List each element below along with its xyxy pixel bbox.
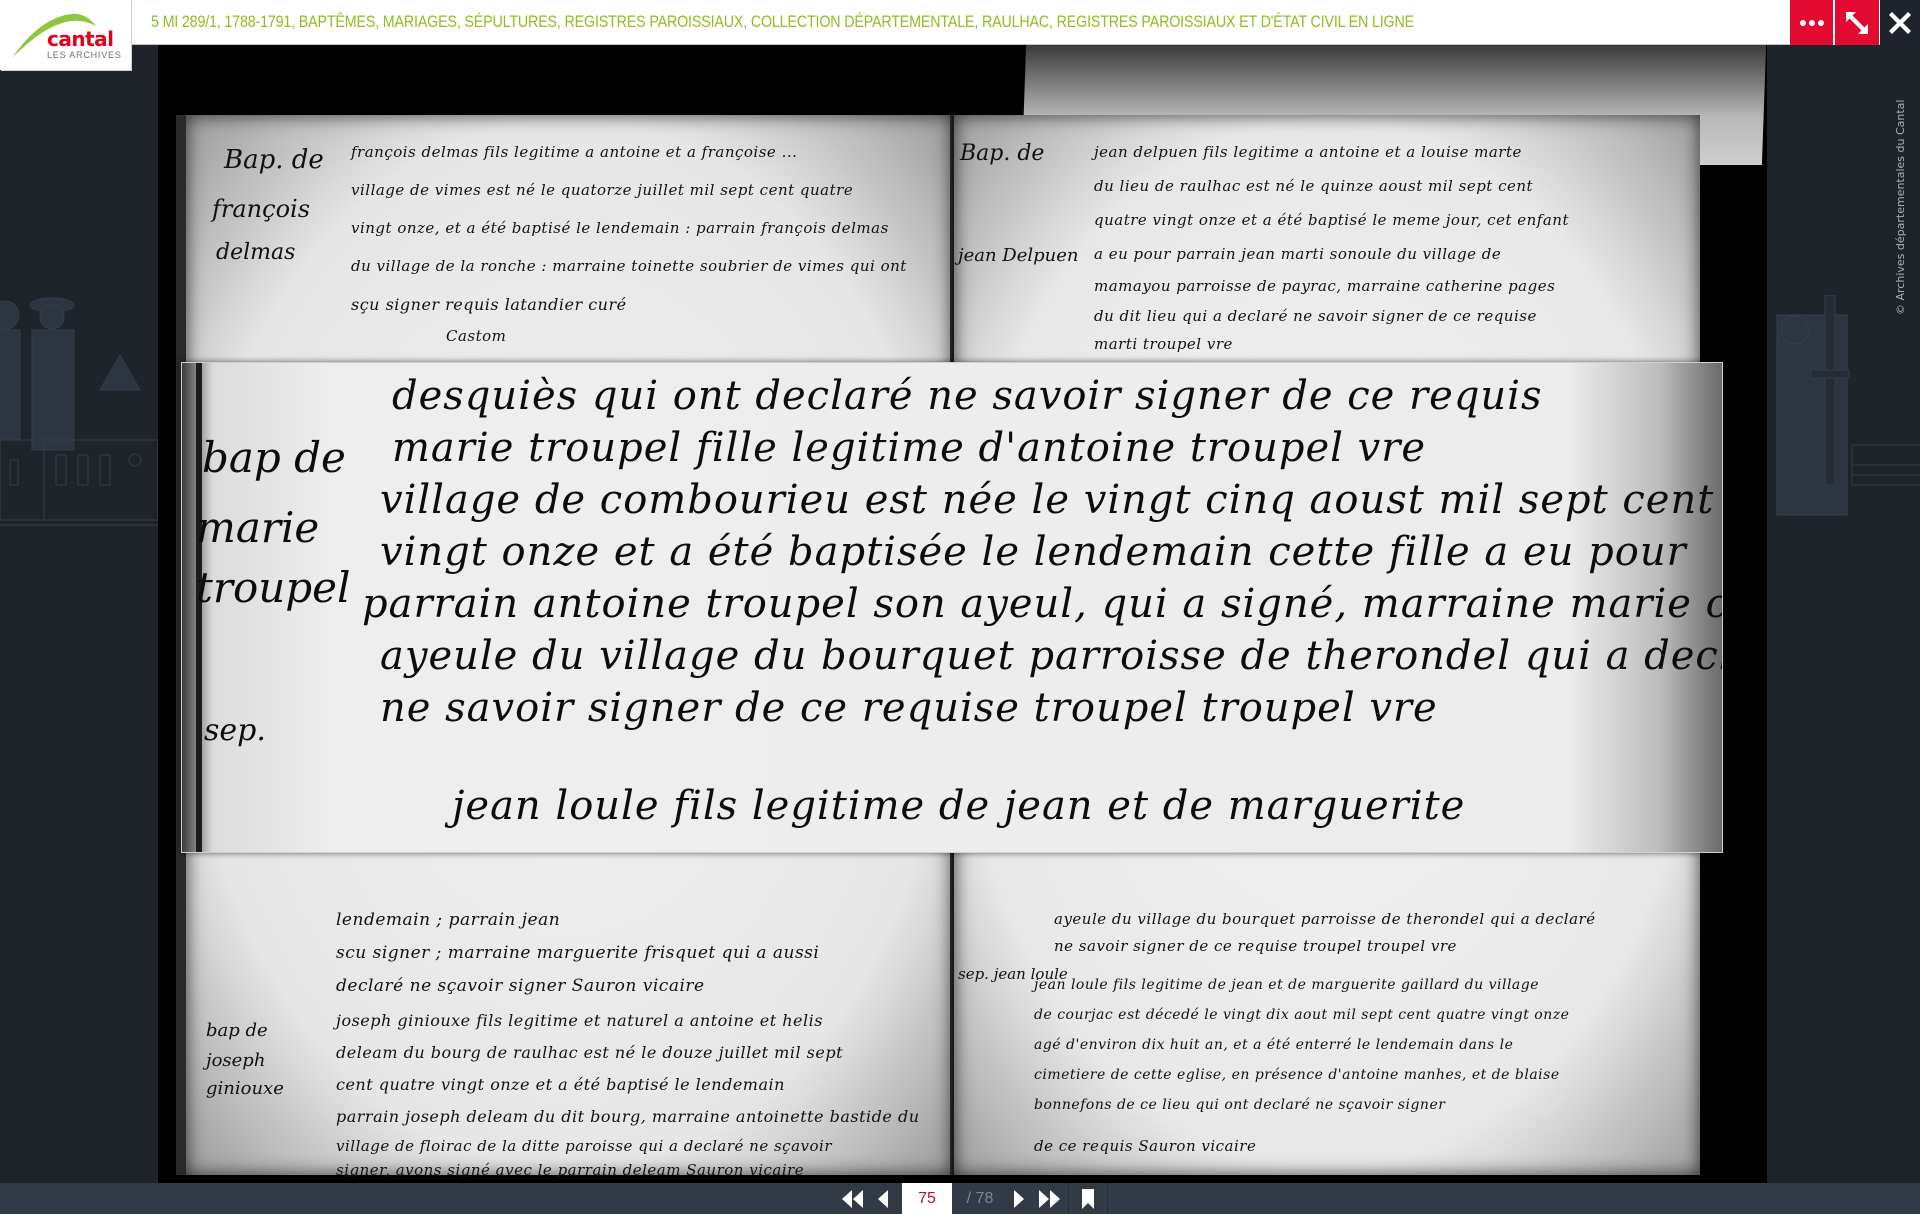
magnified-line: jean loule fils legitime de jean et de m… xyxy=(452,783,1465,829)
manuscript-line: Castom xyxy=(446,327,506,345)
page-total: / 78 xyxy=(956,1190,1004,1208)
manuscript-line: ayeule du village du bourquet parroisse … xyxy=(1054,910,1596,928)
margin-note: joseph xyxy=(206,1050,265,1071)
magnified-line: ayeule du village du bourquet parroisse … xyxy=(380,633,1723,679)
manuscript-line: a eu pour parrain jean marti sonoule du … xyxy=(1094,245,1501,263)
first-page-button[interactable] xyxy=(838,1183,868,1214)
manuscript-line: quatre vingt onze et a été baptisé le me… xyxy=(1094,211,1569,229)
manuscript-line: mamayou parroisse de payrac, marraine ca… xyxy=(1094,277,1555,295)
magnified-line: ne savoir signer de ce requise troupel t… xyxy=(380,685,1438,731)
manuscript-line: du village de la ronche : marraine toine… xyxy=(351,257,907,275)
manuscript-line: agé d'environ dix huit an, et a été ente… xyxy=(1034,1037,1513,1053)
next-page-button[interactable] xyxy=(1004,1183,1034,1214)
manuscript-line: deleam du bourg de raulhac est né le dou… xyxy=(336,1043,843,1062)
last-page-button[interactable] xyxy=(1034,1183,1064,1214)
double-chevron-left-icon xyxy=(842,1190,864,1208)
ellipsis-icon xyxy=(1800,20,1824,26)
bookmark-button[interactable] xyxy=(1073,1183,1103,1214)
magnified-line: village de combourieu est née le vingt c… xyxy=(380,477,1723,523)
page-navigation: / 78 xyxy=(838,1183,1112,1214)
expand-arrows-icon xyxy=(1844,10,1870,36)
manuscript-line: de courjac est décedé le vingt dix aout … xyxy=(1034,1007,1569,1023)
margin-note: sep. xyxy=(204,713,266,748)
decorative-illustration-icon xyxy=(0,275,158,575)
manuscript-line: sçu signer requis latandier curé xyxy=(351,295,627,314)
chevron-right-icon xyxy=(1013,1190,1025,1208)
margin-note: jean Delpuen xyxy=(958,245,1078,266)
magnified-line: marie troupel fille legitime d'antoine t… xyxy=(392,425,1426,471)
manuscript-line: vingt onze, et a été baptisé le lendemai… xyxy=(351,219,889,237)
close-button[interactable] xyxy=(1880,0,1920,45)
divider xyxy=(1107,1183,1108,1214)
previous-page-button[interactable] xyxy=(868,1183,898,1214)
manuscript-line: parrain joseph deleam du dit bourg, marr… xyxy=(336,1107,920,1126)
decorative-knight-illustration-icon xyxy=(1767,295,1920,555)
chevron-left-icon xyxy=(877,1190,889,1208)
manuscript-line: joseph giniouxe fils legitime et naturel… xyxy=(336,1011,823,1030)
bookmark-icon xyxy=(1082,1189,1094,1209)
manuscript-line: jean loule fils legitime de jean et de m… xyxy=(1034,977,1539,993)
manuscript-line: signer, avons signé avec le parrain dele… xyxy=(336,1161,804,1179)
margin-note: bap de xyxy=(206,1020,268,1041)
logo-wordmark: cantal xyxy=(47,27,114,51)
top-header: 5 MI 289/1, 1788-1791, BAPTÊMES, MARIAGE… xyxy=(0,0,1920,45)
left-side-panel xyxy=(0,45,158,1183)
magnified-line: vingt onze et a été baptisée le lendemai… xyxy=(380,529,1687,575)
manuscript-line: bonnefons de ce lieu qui ont declaré ne … xyxy=(1034,1097,1445,1113)
manuscript-line: village de floirac de la ditte paroisse … xyxy=(336,1137,832,1155)
magnified-line: parrain antoine troupel son ayeul, qui a… xyxy=(362,581,1723,627)
more-options-button[interactable] xyxy=(1790,0,1834,45)
manuscript-line: cimetiere de cette eglise, en présence d… xyxy=(1034,1067,1560,1083)
pagination-bar: / 78 xyxy=(0,1183,1920,1214)
manuscript-line: declaré ne sçavoir signer Sauron vicaire xyxy=(336,976,705,996)
manuscript-line: village de vimes est né le quatorze juil… xyxy=(351,181,853,199)
divider xyxy=(1068,1183,1069,1214)
margin-note: marie xyxy=(196,503,319,552)
margin-note: Bap. de xyxy=(224,145,324,175)
double-chevron-right-icon xyxy=(1038,1190,1060,1208)
manuscript-line: jean delpuen fils legitime a antoine et … xyxy=(1094,143,1522,161)
manuscript-line: cent quatre vingt onze et a été baptisé … xyxy=(336,1075,785,1094)
logo-subtitle: LES ARCHIVES xyxy=(47,50,122,60)
margin-note: giniouxe xyxy=(206,1078,284,1099)
magnified-line: desquiès qui ont declaré ne savoir signe… xyxy=(392,373,1543,419)
manuscript-line: du dit lieu qui a declaré ne savoir sign… xyxy=(1094,307,1537,325)
manuscript-line: du lieu de raulhac est né le quinze aous… xyxy=(1094,177,1533,195)
margin-note: troupel xyxy=(196,563,350,612)
current-page-input[interactable] xyxy=(902,1183,952,1214)
archive-viewer-app: 5 MI 289/1, 1788-1791, BAPTÊMES, MARIAGE… xyxy=(0,0,1920,1214)
document-image-viewer[interactable]: Bap. de françois delmas françois delmas … xyxy=(158,45,1767,1183)
fullscreen-button[interactable] xyxy=(1835,0,1879,45)
manuscript-line: scu signer ; marraine marguerite frisque… xyxy=(336,943,819,963)
margin-note: delmas xyxy=(216,240,295,265)
margin-note: Bap. de xyxy=(960,141,1044,166)
manuscript-line: ne savoir signer de ce requise troupel t… xyxy=(1054,937,1457,955)
cantal-archives-logo[interactable]: cantal LES ARCHIVES xyxy=(0,0,131,70)
close-x-icon xyxy=(1888,11,1912,35)
manuscript-line: lendemain ; parrain jean xyxy=(336,910,560,930)
manuscript-line: de ce requis Sauron vicaire xyxy=(1034,1137,1256,1155)
margin-note: françois xyxy=(212,195,310,223)
document-title: 5 MI 289/1, 1788-1791, BAPTÊMES, MARIAGE… xyxy=(151,12,1414,32)
margin-note: bap de xyxy=(202,433,346,482)
manuscript-line: françois delmas fils legitime a antoine … xyxy=(351,143,797,161)
manuscript-line: marti troupel vre xyxy=(1094,335,1233,353)
copyright-notice: © Archives départementales du Cantal xyxy=(1894,100,1907,315)
magnifier-lens[interactable]: bap de marie troupel sep. desquiès qui o… xyxy=(181,362,1723,853)
